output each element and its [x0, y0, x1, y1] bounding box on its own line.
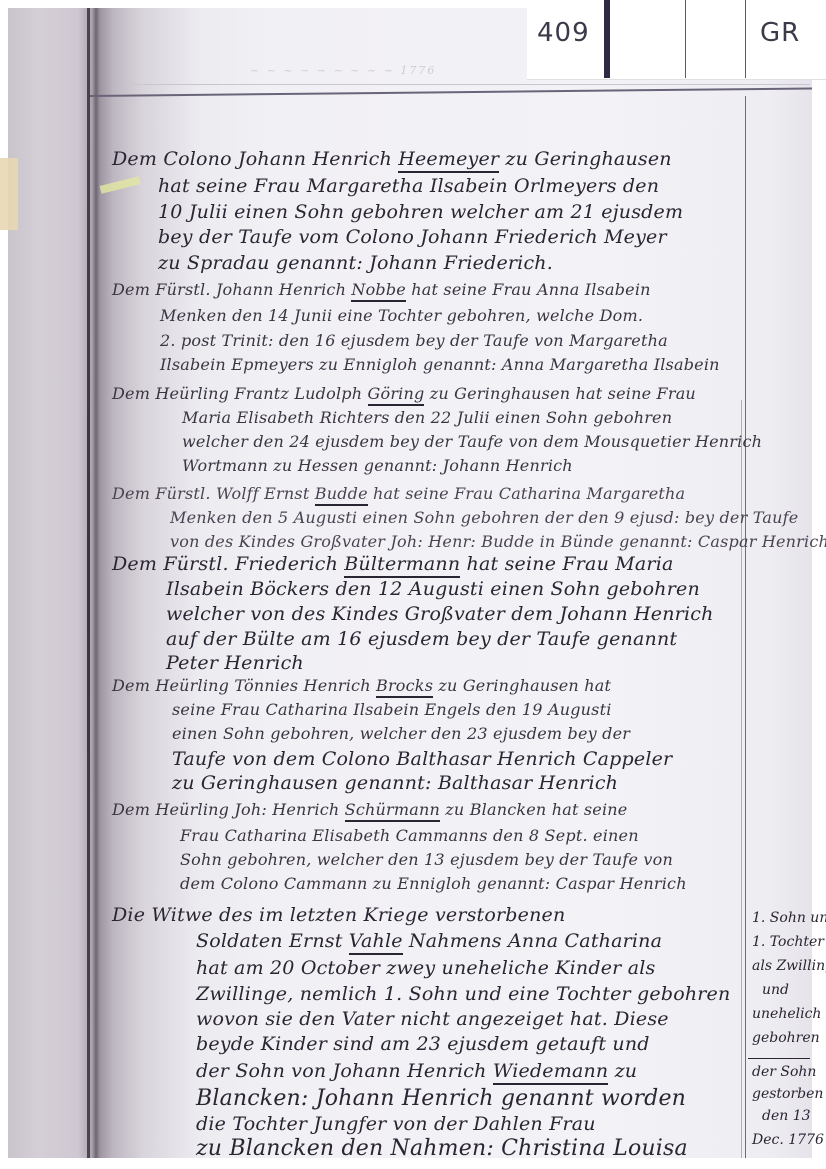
entry-line: 10 Julii einen Sohn gebohren welcher am … [158, 201, 683, 223]
entry-line: die Tochter Jungfer von der Dahlen Frau [196, 1113, 596, 1135]
entry-line: Die Witwe des im letzten Kriege verstorb… [112, 904, 565, 926]
margin-note-rule [748, 1058, 810, 1059]
entry-line: hat seine Frau Margaretha Ilsabein Orlme… [158, 175, 659, 197]
margin-note-line: 1. Sohn und [752, 910, 826, 926]
entry-line: der Sohn von Johann Henrich Wiedemann zu [196, 1060, 637, 1082]
entry-line: Maria Elisabeth Richters den 22 Julii ei… [182, 408, 672, 427]
margin-note-line: und [762, 982, 789, 998]
entry-line: einen Sohn gebohren, welcher den 23 ejus… [172, 724, 630, 743]
margin-note-line: gebohren [752, 1030, 820, 1046]
surname: Brocks [376, 676, 433, 698]
surname: Nobbe [351, 280, 406, 302]
margin-note-line: der Sohn [752, 1064, 816, 1080]
margin-note-line: Dec. 1776 [752, 1132, 824, 1148]
entry-line: Wortmann zu Hessen genannt: Johann Henri… [182, 456, 573, 475]
entry-line: 2. post Trinit: den 16 ejusdem bey der T… [160, 331, 668, 350]
entry-line: Dem Fürstl. Friederich Bültermann hat se… [112, 553, 674, 575]
surname: Schürmann [345, 800, 440, 822]
entry-line: zu Geringhausen genannt: Balthasar Henri… [172, 772, 618, 794]
entry-line: Ilsabein Epmeyers zu Ennigloh genannt: A… [160, 355, 720, 374]
margin-note-line: gestorben [752, 1086, 823, 1102]
entry-line: welcher den 24 ejusdem bey der Taufe von… [182, 432, 762, 451]
surname: Göring [368, 384, 425, 406]
entry-line: Soldaten Ernst Vahle Nahmens Anna Cathar… [196, 930, 662, 952]
entry-line: welcher von des Kindes Großvater dem Joh… [166, 603, 714, 625]
entry-line: Dem Fürstl. Johann Henrich Nobbe hat sei… [112, 280, 651, 299]
margin-note-line: als Zwillinge [752, 958, 826, 974]
entry-line: Sohn gebohren, welcher den 13 ejusdem be… [180, 850, 673, 869]
entry-line: von des Kindes Großvater Joh: Henr: Budd… [170, 532, 826, 551]
surname: Heemeyer [398, 148, 499, 173]
entry-line: Menken den 14 Junii eine Tochter gebohre… [160, 306, 643, 325]
entry-line: seine Frau Catharina Ilsabein Engels den… [172, 700, 612, 719]
entry-line: auf der Bülte am 16 ejusdem bey der Tauf… [166, 628, 677, 650]
entry-line: Ilsabein Böckers den 12 Augusti einen So… [166, 578, 700, 600]
entry-line: Taufe von dem Colono Balthasar Henrich C… [172, 748, 672, 770]
entry-line: bey der Taufe vom Colono Johann Friederi… [158, 226, 667, 248]
entry-line: beyde Kinder sind am 23 ejusdem getauft … [196, 1033, 650, 1055]
baptism-register-entries: Dem Colono Johann Henrich Heemeyer zu Ge… [0, 0, 826, 1169]
margin-note-line: den 13 [762, 1108, 811, 1124]
entry-line: Peter Henrich [166, 652, 304, 674]
margin-note-line: 1. Tochter [752, 934, 824, 950]
entry-line: Dem Heürling Frantz Ludolph Göring zu Ge… [112, 384, 696, 403]
entry-line: Dem Heürling Joh: Henrich Schürmann zu B… [112, 800, 627, 819]
surname: Bültermann [344, 553, 460, 578]
entry-line: Dem Colono Johann Henrich Heemeyer zu Ge… [112, 148, 672, 170]
surname: Budde [315, 484, 368, 506]
entry-line: zu Spradau genannt: Johann Friederich. [158, 252, 553, 274]
scan-border-bottom [0, 1158, 826, 1169]
entry-line: Menken den 5 Augusti einen Sohn gebohren… [170, 508, 798, 527]
entry-line: Blancken: Johann Henrich genannt worden [196, 1086, 686, 1111]
entry-line: Zwillinge, nemlich 1. Sohn und eine Toch… [196, 983, 730, 1005]
entry-line: hat am 20 October zwey uneheliche Kinder… [196, 957, 655, 979]
entry-line: dem Colono Cammann zu Ennigloh genannt: … [180, 874, 687, 893]
margin-note-line: unehelich [752, 1006, 821, 1022]
entry-line: Frau Catharina Elisabeth Cammanns den 8 … [180, 826, 639, 845]
entry-line: Dem Fürstl. Wolff Ernst Budde hat seine … [112, 484, 685, 503]
entry-line: wovon sie den Vater nicht angezeiget hat… [196, 1008, 669, 1030]
surname: Vahle [349, 930, 403, 955]
entry-line: Dem Heürling Tönnies Henrich Brocks zu G… [112, 676, 611, 695]
surname: Wiedemann [493, 1060, 609, 1085]
